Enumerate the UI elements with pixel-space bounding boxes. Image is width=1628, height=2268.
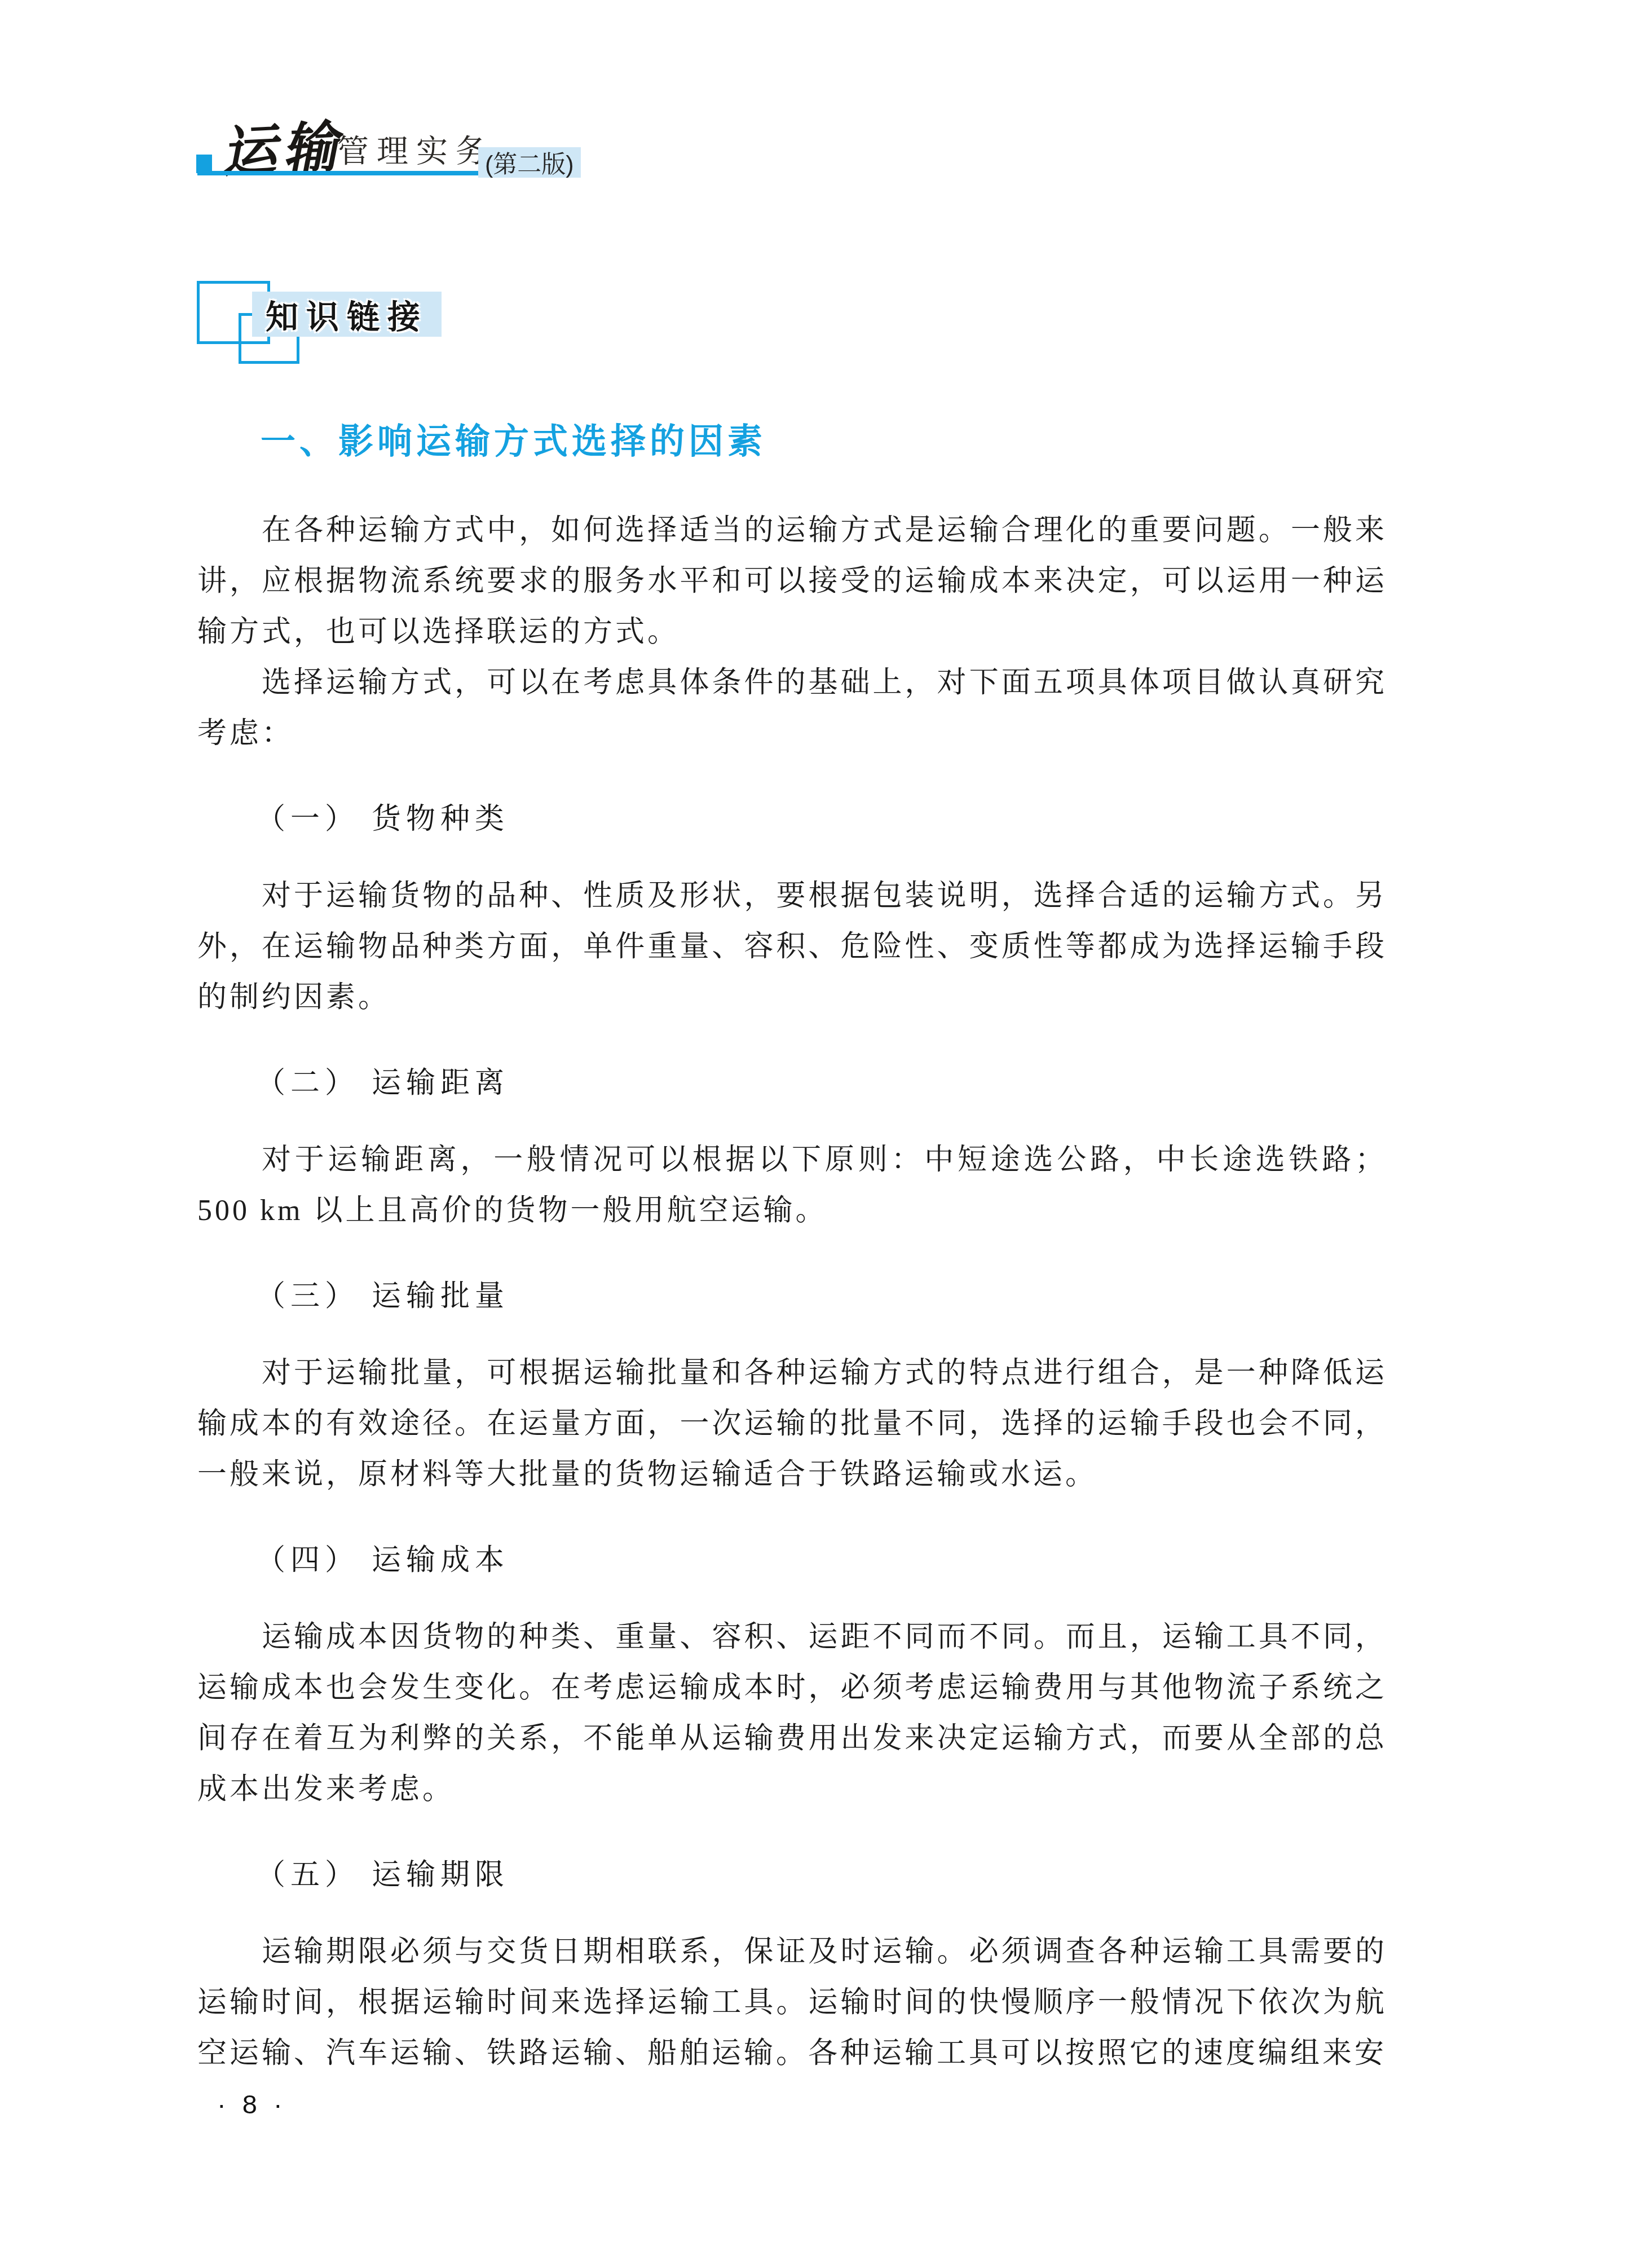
knowledge-link-badge: 知识链接 — [197, 281, 479, 371]
intro-paragraph-2: 选择运输方式，可以在考虑具体条件的基础上，对下面五项具体项目做认真研究考虑： — [197, 658, 1387, 759]
subsection-paragraph-1: 对于运输货物的品种、性质及形状，要根据包装说明，选择合适的运输方式。另外，在运输… — [197, 871, 1387, 1023]
edition-badge: (第二版) — [478, 147, 581, 178]
header-rule — [197, 171, 478, 175]
brand-title: 管理实务 — [337, 135, 495, 167]
section-heading: 一、影响运输方式选择的因素 — [261, 422, 1387, 463]
subsection-paragraph-5: 运输期限必须与交货日期相联系，保证及时运输。必须调查各种运输工具需要的运输时间，… — [197, 1927, 1387, 2079]
intro-paragraph-1: 在各种运输方式中，如何选择适当的运输方式是运输合理化的重要问题。一般来讲，应根据… — [197, 505, 1387, 658]
subsection-title-1: （一） 货物种类 — [256, 800, 1387, 839]
subsection-paragraph-3: 对于运输批量，可根据运输批量和各种运输方式的特点进行组合，是一种降低运输成本的有… — [197, 1348, 1387, 1500]
badge-label-box: 知识链接 — [252, 292, 442, 337]
subsection-paragraph-2: 对于运输距离，一般情况可以根据以下原则：中短途选公路，中长途选铁路；500 km… — [197, 1135, 1387, 1236]
main-content: 一、影响运输方式选择的因素 在各种运输方式中，如何选择适当的运输方式是运输合理化… — [197, 422, 1387, 2079]
subsection-title-4: （四） 运输成本 — [256, 1541, 1387, 1580]
subsection-title-2: （二） 运输距离 — [256, 1064, 1387, 1103]
page-number: · 8 · — [217, 2089, 287, 2120]
subsection-title-5: （五） 运输期限 — [256, 1856, 1387, 1895]
subsection-paragraph-4: 运输成本因货物的种类、重量、容积、运距不同而不同。而且，运输工具不同，运输成本也… — [197, 1612, 1387, 1815]
badge-label: 知识链接 — [266, 290, 428, 338]
subsection-title-3: （三） 运输批量 — [256, 1277, 1387, 1316]
